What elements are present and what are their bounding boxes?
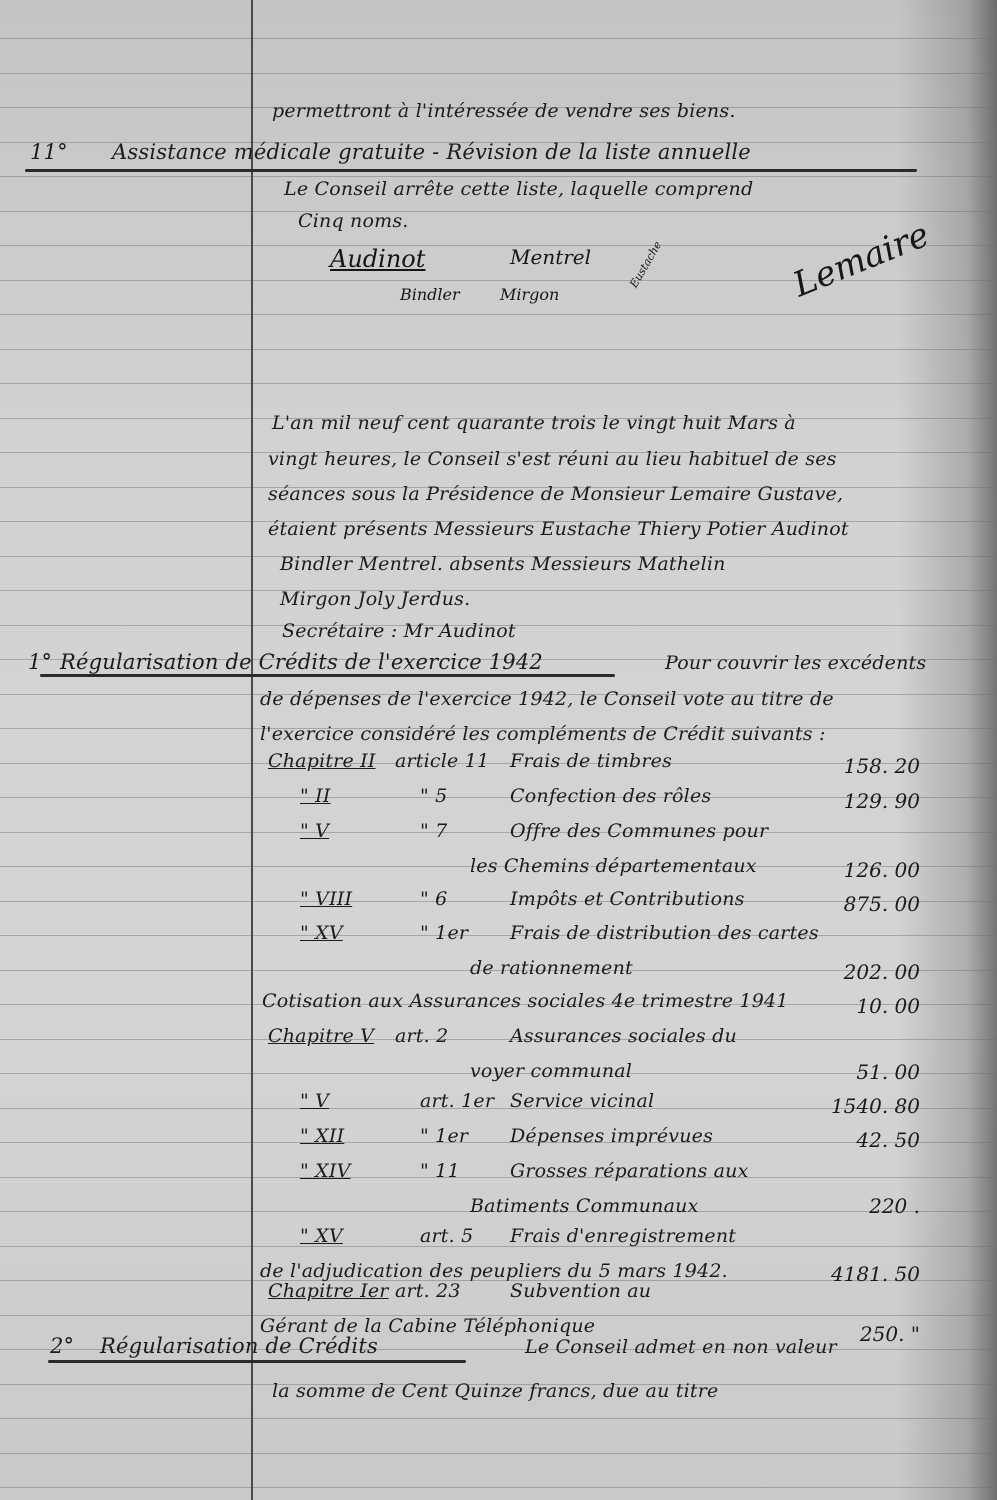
ruled-line — [0, 935, 997, 936]
credit-row-article: " 11 — [420, 1160, 460, 1182]
session-line-3: séances sous la Présidence de Monsieur L… — [268, 483, 843, 505]
ruled-line — [0, 176, 997, 177]
credit-row-amount: 158. 20 — [790, 754, 920, 778]
credit-row-label: Service vicinal — [510, 1090, 654, 1112]
credit-row-article: art. 1er — [420, 1090, 494, 1112]
credit-row-article: art. 23 — [395, 1280, 461, 1302]
credit-row-article: " 6 — [420, 888, 447, 910]
credit-row-amount: 4181. 50 — [790, 1262, 920, 1286]
credit-row-chapter: Chapitre Ier — [268, 1280, 389, 1302]
ruled-line — [0, 832, 997, 833]
credit-row-chapter: " XII — [300, 1125, 344, 1147]
credit-row-chapter: " V — [300, 1090, 329, 1112]
credit-row-chapter: " XV — [300, 1225, 343, 1247]
signature-eustache: Eustache — [627, 239, 664, 290]
item-2-number: 2° — [50, 1334, 74, 1358]
ruled-line — [0, 1039, 997, 1040]
register-page: permettront à l'intéressée de vendre ses… — [0, 0, 997, 1500]
credit-row-label: Grosses réparations aux — [510, 1160, 749, 1182]
credit-row-chapter: " XV — [300, 922, 343, 944]
credit-row-label: Dépenses imprévues — [510, 1125, 713, 1147]
credit-row-article: art. 5 — [420, 1225, 473, 1247]
credit-row-chapter: Chapitre II — [268, 750, 376, 772]
credit-row-article: article 11 — [395, 750, 489, 772]
item-11-number: 11° — [30, 140, 68, 164]
ruled-line — [0, 1418, 997, 1419]
credit-row-amount: 220 . — [790, 1194, 920, 1218]
signature-lemaire: Lemaire — [788, 215, 935, 305]
item-11-heading: Assistance médicale gratuite - Révision … — [112, 140, 751, 164]
credit-row-chapter: " VIII — [300, 888, 352, 910]
credit-row-label: Frais d'enregistrement — [510, 1225, 736, 1247]
credit-row-amount: 42. 50 — [790, 1128, 920, 1152]
item-2-body-1: Le Conseil admet en non valeur — [525, 1336, 837, 1358]
session-line-2: vingt heures, le Conseil s'est réuni au … — [268, 448, 837, 470]
credit-row-amount: 202. 00 — [790, 960, 920, 984]
ruled-line — [0, 73, 997, 74]
credit-row-chapter: Chapitre V — [268, 1025, 374, 1047]
credit-row-amount: 875. 00 — [790, 892, 920, 916]
credit-row-chapter: " II — [300, 785, 331, 807]
item-1-intro-2: de dépenses de l'exercice 1942, le Conse… — [260, 688, 834, 710]
credit-row-chapter: " V — [300, 820, 329, 842]
ruled-line — [0, 590, 997, 591]
session-secretary: Secrétaire : Mr Audinot — [282, 620, 516, 642]
session-line-5: Bindler Mentrel. absents Messieurs Mathe… — [280, 553, 726, 575]
signature-audinot: Audinot — [330, 245, 425, 273]
item-2-body-2: la somme de Cent Quinze francs, due au t… — [272, 1380, 718, 1402]
ruled-line — [0, 38, 997, 39]
item-1-number: 1° — [28, 650, 52, 674]
credit-row-article: " 5 — [420, 785, 447, 807]
credit-row-label: Subvention au — [510, 1280, 651, 1302]
item-11-underline — [25, 169, 917, 172]
credit-row-amount: 126. 00 — [790, 858, 920, 882]
credit-row-label: Impôts et Contributions — [510, 888, 745, 910]
credit-row-article: " 1er — [420, 922, 468, 944]
credit-row-article: " 7 — [420, 820, 447, 842]
credit-row-amount: 1540. 80 — [790, 1094, 920, 1118]
credit-row-label-cont: de l'adjudication des peupliers du 5 mar… — [260, 1260, 728, 1282]
ruled-line — [0, 314, 997, 315]
credit-row-label: Assurances sociales du — [510, 1025, 737, 1047]
credit-row-chapter: " XIV — [300, 1160, 351, 1182]
signature-mentrel: Mentrel — [510, 245, 591, 269]
credit-row-article: " 1er — [420, 1125, 468, 1147]
continuation-line: permettront à l'intéressée de vendre ses… — [272, 100, 736, 122]
credit-row-label-cont: les Chemins départementaux — [470, 855, 757, 877]
ruled-line — [0, 1177, 997, 1178]
signature-mirgon: Mirgon — [500, 285, 559, 304]
item-11-body-2: Cinq noms. — [298, 210, 409, 232]
credit-row-label-cont: de rationnement — [470, 957, 633, 979]
ruled-line — [0, 1246, 997, 1247]
ruled-line — [0, 1453, 997, 1454]
ruled-line — [0, 383, 997, 384]
credit-row-article: art. 2 — [395, 1025, 448, 1047]
credit-row-amount: 129. 90 — [790, 789, 920, 813]
item-1-intro-1: Pour couvrir les excédents — [665, 652, 926, 674]
credit-row-label: Cotisation aux Assurances sociales 4e tr… — [262, 990, 789, 1012]
session-line-4: étaient présents Messieurs Eustache Thie… — [268, 518, 849, 540]
credit-row-amount: 10. 00 — [790, 994, 920, 1018]
ruled-line — [0, 211, 997, 212]
item-11-body-1: Le Conseil arrête cette liste, laquelle … — [284, 178, 753, 200]
signature-bindler: Bindler — [400, 285, 460, 304]
item-1-heading: Régularisation de Crédits de l'exercice … — [60, 650, 543, 674]
credit-row-label: Confection des rôles — [510, 785, 711, 807]
ruled-line — [0, 349, 997, 350]
item-1-underline — [40, 674, 615, 677]
credit-row-label-cont: Batiments Communaux — [470, 1195, 699, 1217]
credit-row-amount: 51. 00 — [790, 1060, 920, 1084]
session-line-1: L'an mil neuf cent quarante trois le vin… — [272, 412, 796, 434]
session-line-6: Mirgon Joly Jerdus. — [280, 588, 470, 610]
item-2-underline — [48, 1360, 466, 1363]
item-2-heading: Régularisation de Crédits — [100, 1334, 378, 1358]
credit-row-label-cont: voyer communal — [470, 1060, 632, 1082]
ruled-line — [0, 1487, 997, 1488]
credit-row-label: Frais de distribution des cartes — [510, 922, 819, 944]
item-1-intro-3: l'exercice considéré les compléments de … — [260, 723, 826, 745]
credit-row-label: Frais de timbres — [510, 750, 672, 772]
credit-row-label: Offre des Communes pour — [510, 820, 768, 842]
margin-line — [251, 0, 253, 1500]
